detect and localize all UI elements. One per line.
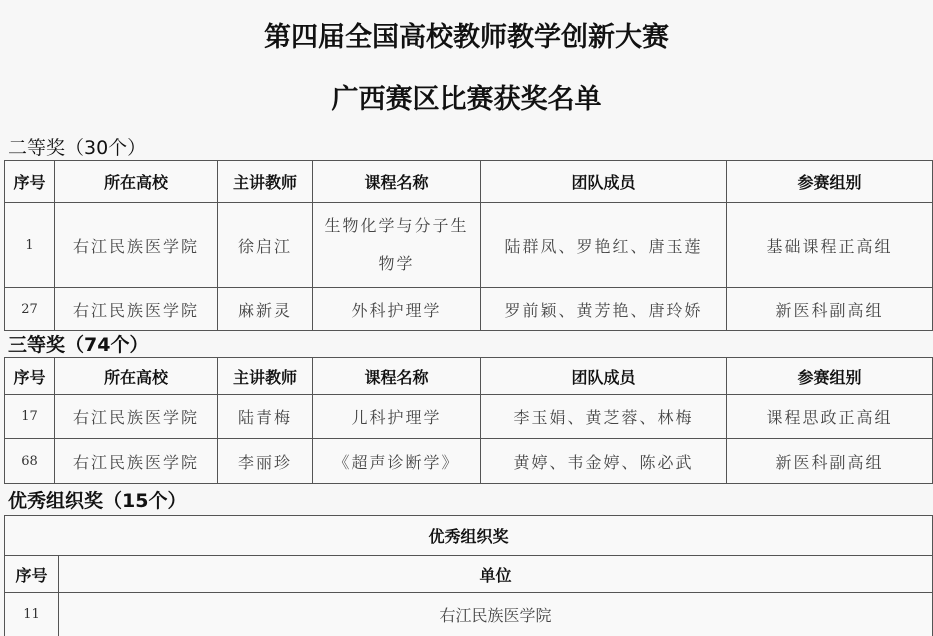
- table-row: 11 右江民族医学院: [5, 593, 933, 636]
- cell-course: 《超声诊断学》: [313, 439, 481, 484]
- col-header-unit: 单位: [59, 556, 933, 593]
- cell-course: 儿科护理学: [313, 395, 481, 439]
- cell-course: 生物化学与分子生物学: [313, 203, 481, 288]
- col-header-teacher: 主讲教师: [218, 358, 313, 395]
- document-title: 第四届全国高校教师教学创新大赛: [0, 15, 933, 54]
- col-header-teacher: 主讲教师: [218, 161, 313, 203]
- cell-course: 外科护理学: [313, 288, 481, 331]
- cell-no: 68: [5, 439, 55, 484]
- col-header-group: 参赛组别: [727, 161, 933, 203]
- col-header-school: 所在高校: [55, 161, 218, 203]
- cell-unit: 右江民族医学院: [59, 593, 933, 636]
- col-header-no: 序号: [5, 358, 55, 395]
- table-header-row: 序号 所在高校 主讲教师 课程名称 团队成员 参赛组别: [5, 161, 933, 203]
- col-header-no: 序号: [5, 556, 59, 593]
- table-row: 68 右江民族医学院 李丽珍 《超声诊断学》 黄婷、韦金婷、陈必武 新医科副高组: [5, 439, 933, 484]
- col-header-course: 课程名称: [313, 161, 481, 203]
- cell-school: 右江民族医学院: [55, 395, 218, 439]
- cell-school: 右江民族医学院: [55, 288, 218, 331]
- cell-group: 新医科副高组: [727, 439, 933, 484]
- second-prize-label: 二等奖（30个）: [8, 133, 146, 160]
- col-header-no: 序号: [5, 161, 55, 203]
- cell-no: 17: [5, 395, 55, 439]
- table-row: 27 右江民族医学院 麻新灵 外科护理学 罗前颖、黄芳艳、唐玲娇 新医科副高组: [5, 288, 933, 331]
- cell-group: 基础课程正高组: [727, 203, 933, 288]
- second-prize-table: 序号 所在高校 主讲教师 课程名称 团队成员 参赛组别 1 右江民族医学院 徐启…: [4, 160, 933, 331]
- cell-team: 陆群凤、罗艳红、唐玉莲: [481, 203, 727, 288]
- cell-group: 新医科副高组: [727, 288, 933, 331]
- cell-team: 黄婷、韦金婷、陈必武: [481, 439, 727, 484]
- third-prize-label: 三等奖（74个）: [8, 330, 148, 357]
- col-header-team: 团队成员: [481, 358, 727, 395]
- cell-team: 罗前颖、黄芳艳、唐玲娇: [481, 288, 727, 331]
- org-table-title: 优秀组织奖: [5, 516, 933, 556]
- col-header-team: 团队成员: [481, 161, 727, 203]
- table-header-row: 序号 单位: [5, 556, 933, 593]
- table-header-row: 序号 所在高校 主讲教师 课程名称 团队成员 参赛组别: [5, 358, 933, 395]
- cell-no: 1: [5, 203, 55, 288]
- table-row: 1 右江民族医学院 徐启江 生物化学与分子生物学 陆群凤、罗艳红、唐玉莲 基础课…: [5, 203, 933, 288]
- third-prize-table: 序号 所在高校 主讲教师 课程名称 团队成员 参赛组别 17 右江民族医学院 陆…: [4, 357, 933, 484]
- table-title-row: 优秀组织奖: [5, 516, 933, 556]
- col-header-group: 参赛组别: [727, 358, 933, 395]
- cell-no: 27: [5, 288, 55, 331]
- cell-school: 右江民族医学院: [55, 439, 218, 484]
- cell-school: 右江民族医学院: [55, 203, 218, 288]
- col-header-school: 所在高校: [55, 358, 218, 395]
- document-subtitle: 广西赛区比赛获奖名单: [0, 77, 933, 116]
- cell-teacher: 陆青梅: [218, 395, 313, 439]
- cell-teacher: 麻新灵: [218, 288, 313, 331]
- cell-team: 李玉娟、黄芝蓉、林梅: [481, 395, 727, 439]
- cell-no: 11: [5, 593, 59, 636]
- cell-teacher: 徐启江: [218, 203, 313, 288]
- table-row: 17 右江民族医学院 陆青梅 儿科护理学 李玉娟、黄芝蓉、林梅 课程思政正高组: [5, 395, 933, 439]
- cell-group: 课程思政正高组: [727, 395, 933, 439]
- col-header-course: 课程名称: [313, 358, 481, 395]
- cell-teacher: 李丽珍: [218, 439, 313, 484]
- organization-award-label: 优秀组织奖（15个）: [8, 486, 186, 513]
- organization-award-table: 优秀组织奖 序号 单位 11 右江民族医学院: [4, 515, 933, 636]
